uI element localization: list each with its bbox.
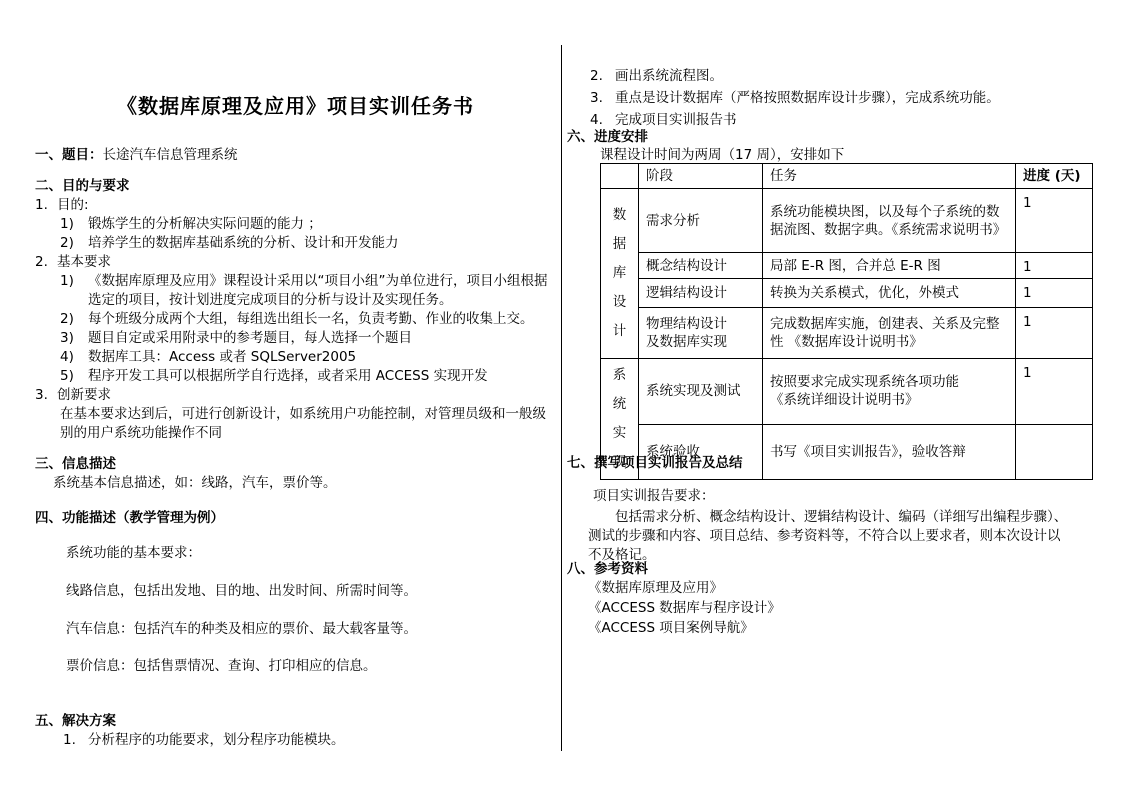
subitem-text: 数据库工具：Access 或者 SQLServer2005 [88,348,556,367]
function-intro: 系统功能的基本要求： [66,544,556,563]
subitem-text: 程序开发工具可以根据所学自行选择，或者采用 ACCESS 实现开发 [88,367,556,386]
topic-value: 长途汽车信息管理系统 [103,147,238,163]
days-cell: 1 [1016,253,1093,279]
table-row: 逻辑结构设计 转换为关系模式，优化，外模式 1 [601,279,1093,308]
report-line: 包括需求分析、概念结构设计、逻辑结构设计、编码（详细写出编程步骤）、 [615,508,1102,527]
list-subitem: 2) 培养学生的数据库基础系统的分析、设计和开发能力 [60,234,556,253]
section-references-heading: 八、参考资料 [567,560,1102,579]
table-row: 数据库设计 需求分析 系统功能模块图，以及每个子系统的数据流图、数据字典。《系统… [601,189,1093,253]
list-subitem: 5) 程序开发工具可以根据所学自行选择，或者采用 ACCESS 实现开发 [60,367,556,386]
right-column: 2. 画出系统流程图。 3. 重点是设计数据库（严格按照数据库设计步骤），完成系… [567,0,1102,794]
innovation-text: 在基本要求达到后，可进行创新设计，如系统用户功能控制，对管理员级和一般级别的用户… [60,405,556,443]
list-subitem: 2) 每个班级分成两个大组，每组选出组长一名，负责考勤、作业的收集上交。 [60,310,556,329]
table-row: 概念结构设计 局部 E-R 图，合并总 E-R 图 1 [601,253,1093,279]
section-topic: 一、题目：长途汽车信息管理系统 [35,146,556,165]
subitem-number: 2) [60,310,88,329]
task-cell: 局部 E-R 图，合并总 E-R 图 [763,253,1016,279]
item-number: 3. [590,89,615,108]
section-schedule-heading: 六、进度安排 [567,128,1102,147]
subitem-number: 5) [60,367,88,386]
task-cell: 完成数据库实施，创建表、关系及完整性 《数据库设计说明书》 [763,308,1016,359]
section-purpose-heading: 二、目的与要求 [35,177,556,196]
stage-cell: 逻辑结构设计 [639,279,763,308]
subitem-text: 《数据库原理及应用》课程设计采用以“项目小组”为单位进行，项目小组根据选定的项目… [88,272,556,310]
list-subitem: 1) 《数据库原理及应用》课程设计采用以“项目小组”为单位进行，项目小组根据选定… [60,272,556,310]
item-text: 基本要求 [57,253,111,272]
list-subitem: 1) 锻炼学生的分析解决实际问题的能力 ； [60,215,556,234]
table-row: 物理结构设计 及数据库实现 完成数据库实施，创建表、关系及完整性 《数据库设计说… [601,308,1093,359]
list-subitem: 3) 题目自定或采用附录中的参考题目，每人选择一个题目 [60,329,556,348]
list-item: 3. 创新要求 [35,386,556,405]
subitem-number: 2) [60,234,88,253]
item-text: 画出系统流程图。 [615,67,1102,86]
task-cell: 按照要求完成实现系统各项功能 《系统详细设计说明书》 [763,359,1016,425]
document-page: 《数据库原理及应用》项目实训任务书 一、题目：长途汽车信息管理系统 二、目的与要… [0,0,1123,794]
function-paragraph: 线路信息，包括出发地、目的地、出发时间、所需时间等。 [66,582,556,601]
list-subitem: 4) 数据库工具：Access 或者 SQLServer2005 [60,348,556,367]
subitem-text: 锻炼学生的分析解决实际问题的能力 ； [88,215,556,234]
report-body: 包括需求分析、概念结构设计、逻辑结构设计、编码（详细写出编程步骤）、 测试的步骤… [567,508,1102,565]
stage-cell: 系统实现及测试 [639,359,763,425]
header-group [601,164,639,189]
function-paragraph: 票价信息：包括售票情况、查询、打印相应的信息。 [66,657,556,676]
subitem-text: 培养学生的数据库基础系统的分析、设计和开发能力 [88,234,556,253]
item-number: 3. [35,386,57,405]
table-header-row: 阶段 任务 进度 (天) [601,164,1093,189]
reference-item: 《ACCESS 数据库与程序设计》 [588,598,1102,618]
days-cell: 1 [1016,308,1093,359]
solution-item: 3. 重点是设计数据库（严格按照数据库设计步骤），完成系统功能。 [567,89,1102,108]
section-solution-heading: 五、解决方案 [35,712,556,731]
section-info-body: 系统基本信息描述，如：线路，汽车，票价等。 [53,474,556,493]
subitem-number: 1) [60,215,88,234]
column-divider [561,45,562,751]
stage-cell: 物理结构设计 及数据库实现 [639,308,763,359]
section-purpose-body: 1. 目的: 1) 锻炼学生的分析解决实际问题的能力 ； 2) 培养学生的数据库… [35,196,556,443]
header-days: 进度 (天) [1016,164,1093,189]
list-item: 1. 目的: [35,196,556,215]
subitem-number: 4) [60,348,88,367]
days-cell: 1 [1016,279,1093,308]
references-list: 《数据库原理及应用》 《ACCESS 数据库与程序设计》 《ACCESS 项目案… [567,578,1102,638]
stage-cell: 需求分析 [639,189,763,253]
subitem-text: 每个班级分成两个大组，每组选出组长一名，负责考勤、作业的收集上交。 [88,310,556,329]
reference-item: 《数据库原理及应用》 [588,578,1102,598]
section-function-heading: 四、功能描述（教学管理为例） [35,509,556,528]
item-number: 1. [35,196,57,215]
group-label: 数据库设计 [611,201,627,346]
days-cell: 1 [1016,189,1093,253]
item-text: 创新要求 [57,386,111,405]
report-intro: 项目实训报告要求： [593,487,1123,506]
item-number: 2. [35,253,57,272]
subitem-number: 1) [60,272,88,291]
item-text: 分析程序的功能要求，划分程序功能模块。 [88,731,345,750]
item-text: 重点是设计数据库（严格按照数据库设计步骤），完成系统功能。 [615,89,1102,108]
doc-title: 《数据库原理及应用》项目实训任务书 [35,92,556,120]
topic-heading: 一、题目： [35,147,103,163]
group-cell: 数据库设计 [601,189,639,359]
reference-item: 《ACCESS 项目案例导航》 [588,618,1102,638]
item-text: 目的: [57,196,89,215]
subitem-number: 3) [60,329,88,348]
task-cell: 系统功能模块图，以及每个子系统的数据流图、数据字典。《系统需求说明书》 [763,189,1016,253]
left-column: 《数据库原理及应用》项目实训任务书 一、题目：长途汽车信息管理系统 二、目的与要… [35,0,556,794]
solution-item: 2. 画出系统流程图。 [567,67,1102,86]
schedule-table-wrap: 阶段 任务 进度 (天) 数据库设计 需求分析 系统功能模块图，以及每个子系统的… [600,163,1092,480]
list-item: 2. 基本要求 [35,253,556,272]
schedule-table: 阶段 任务 进度 (天) 数据库设计 需求分析 系统功能模块图，以及每个子系统的… [600,163,1093,480]
section-info-heading: 三、信息描述 [35,455,556,474]
table-row: 系统实现 系统实现及测试 按照要求完成实现系统各项功能 《系统详细设计说明书》 … [601,359,1093,425]
solution-item: 1. 分析程序的功能要求，划分程序功能模块。 [35,731,556,750]
header-stage: 阶段 [639,164,763,189]
stage-cell: 概念结构设计 [639,253,763,279]
days-cell: 1 [1016,359,1093,425]
task-cell: 转换为关系模式，优化，外模式 [763,279,1016,308]
section-report-heading: 七、撰写项目实训报告及总结 [567,454,1102,473]
item-number: 1. [63,731,88,750]
function-paragraph: 汽车信息：包括汽车的种类及相应的票价、最大载客量等。 [66,620,556,639]
subitem-text: 题目自定或采用附录中的参考题目，每人选择一个题目 [88,329,556,348]
header-task: 任务 [763,164,1016,189]
item-number: 2. [590,67,615,86]
report-line: 测试的步骤和内容、项目总结、参考资料等，不符合以上要求者，则本次设计以 [588,527,1102,546]
